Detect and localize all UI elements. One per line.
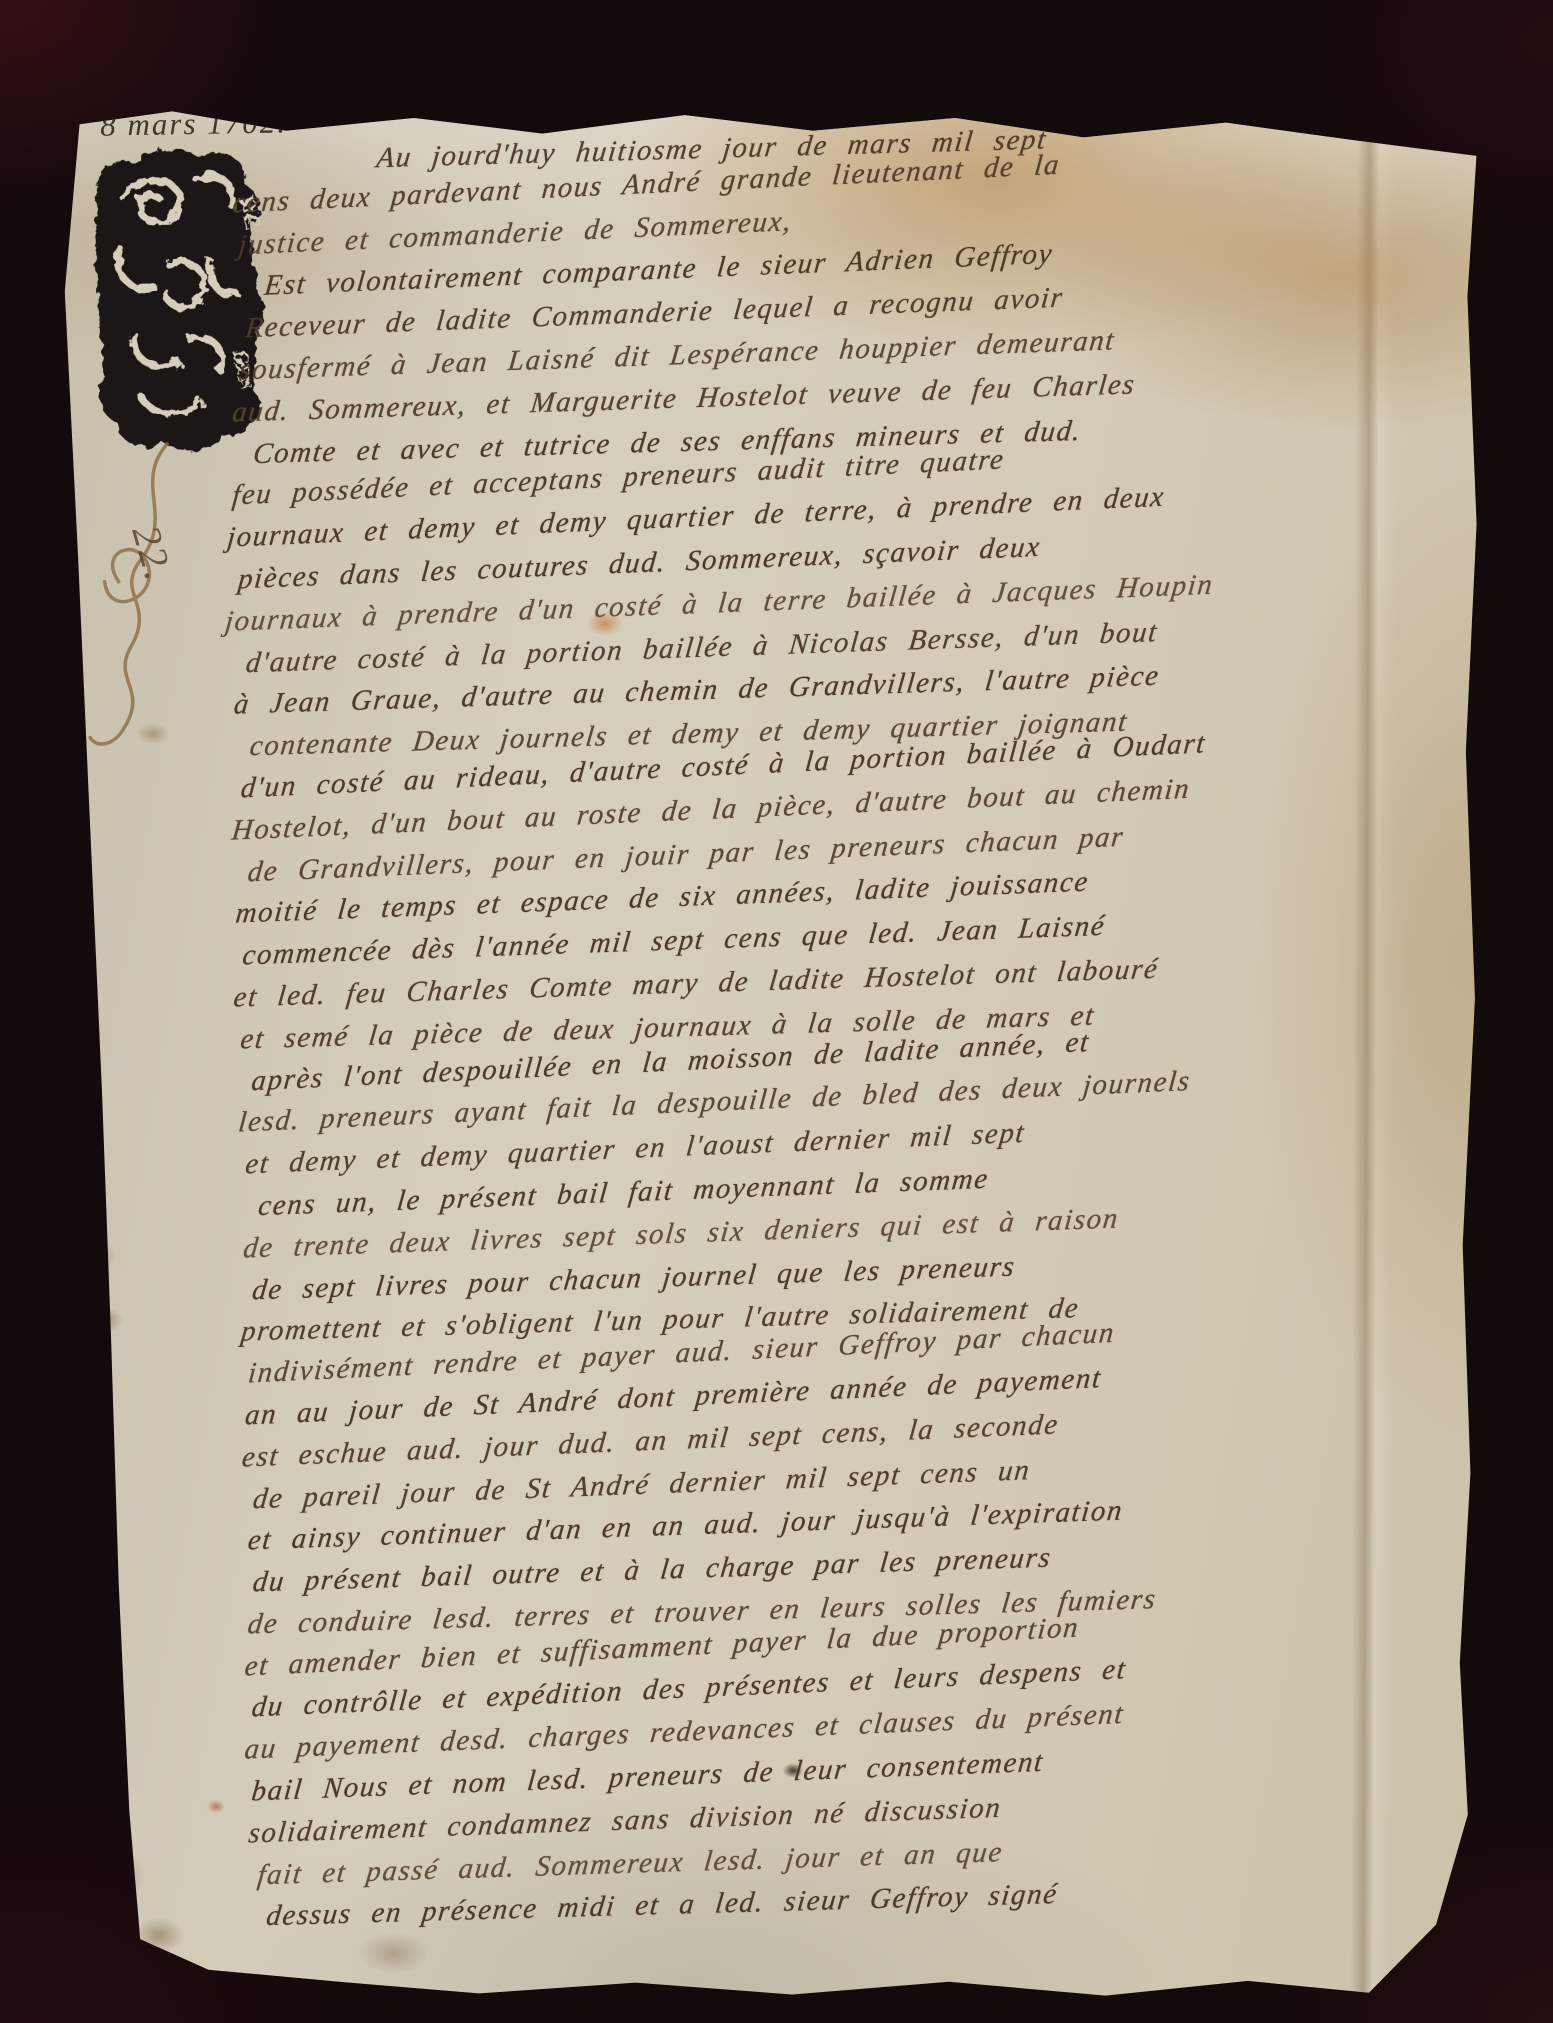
date-annotation: 8 mars 1702. xyxy=(100,104,287,143)
manuscript-text: Au jourd'huy huitiosme jour de mars mil … xyxy=(206,112,1553,1939)
photo-background: 8 mars 1702. xyxy=(0,0,1553,2023)
manuscript-page: 8 mars 1702. xyxy=(52,102,1483,2005)
paraph-flourish-icon xyxy=(78,432,209,762)
